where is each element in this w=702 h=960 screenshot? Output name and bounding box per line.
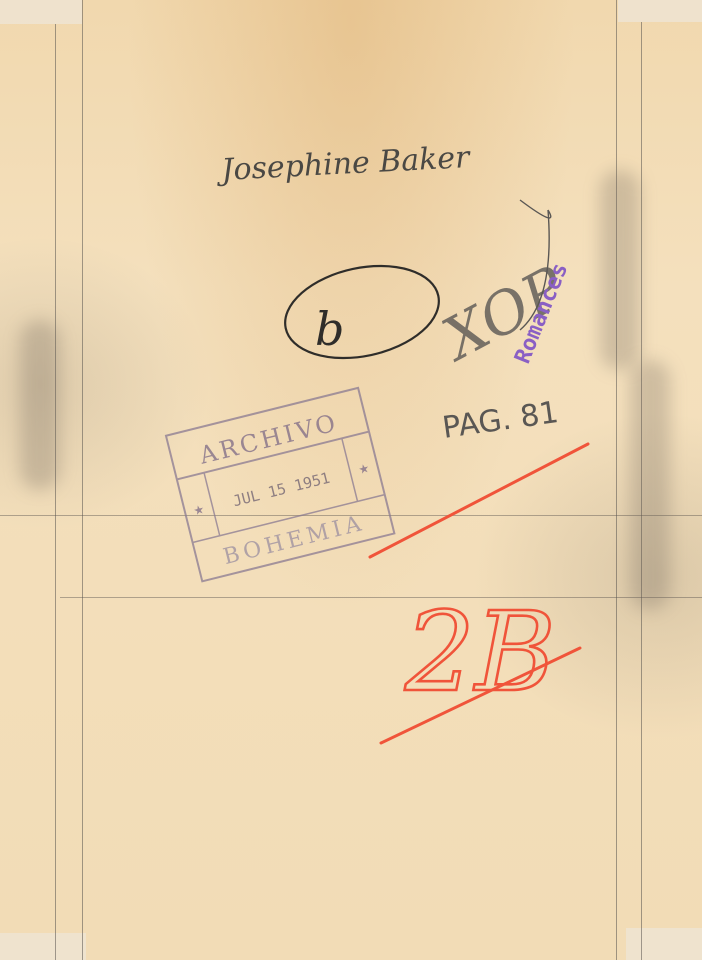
- red-underline-top: [370, 444, 588, 557]
- stamp-star-left: ★: [192, 502, 206, 518]
- circle-mark: [277, 253, 448, 372]
- pencil-name: Josephine Baker: [215, 140, 472, 188]
- archive-stamp: ARCHIVO JUL 15 1951 ★ ★ BOHEMIA: [166, 388, 394, 581]
- document-sheet: Josephine Baker b XOP Romances PAG. 81 A…: [0, 0, 702, 960]
- red-grade: 2B: [404, 588, 556, 716]
- page-note: PAG. 81: [440, 395, 560, 446]
- annotations-layer: Josephine Baker b XOP Romances PAG. 81 A…: [0, 0, 702, 960]
- circled-letter: b: [315, 302, 344, 356]
- red-crayon-mark: 2B: [370, 444, 588, 743]
- stamp-date: JUL 15 1951: [231, 469, 332, 510]
- stamp-title: ARCHIVO: [196, 408, 341, 470]
- stamp-footer: BOHEMIA: [221, 511, 368, 570]
- stamp-star-right: ★: [357, 461, 371, 477]
